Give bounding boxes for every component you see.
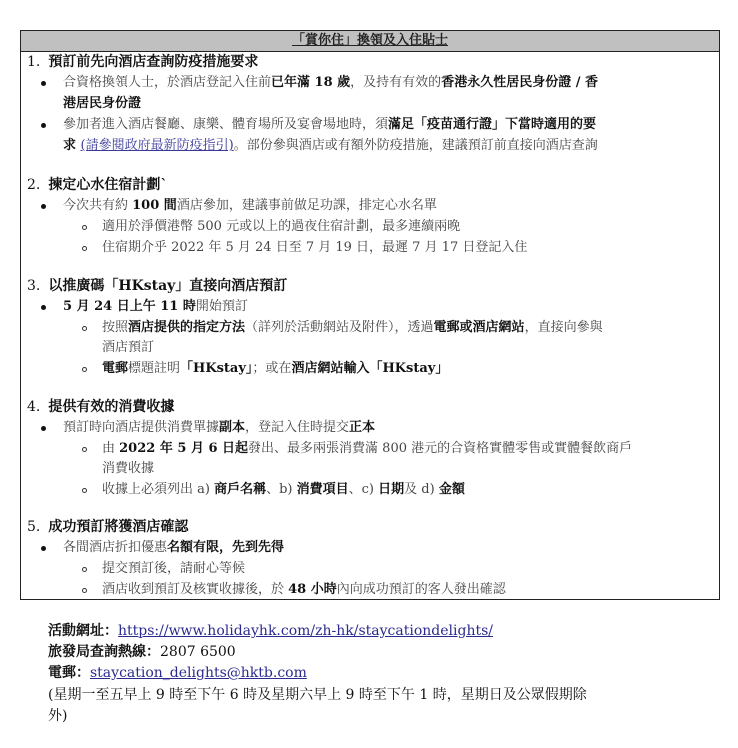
bullet-icon bbox=[41, 305, 46, 310]
footer-hours-line-2: 外) bbox=[48, 706, 67, 727]
sub-bullet-icon bbox=[82, 588, 87, 593]
section-2-item-1: 今次共有約 100 間酒店參加，建議事前做足功課，排定心水名單 bbox=[63, 196, 437, 216]
section-5-sub-1: 提交預訂後，請耐心等候 bbox=[102, 559, 245, 579]
section-1-item-1-line-1: 合資格換領人士，於酒店登記入住前已年滿 18 歲，及持有有效的香港永久性居民身份… bbox=[63, 73, 598, 93]
sub-bullet-icon bbox=[82, 246, 87, 251]
sub-bullet-icon bbox=[82, 225, 87, 230]
section-3-sub-1-line-2: 酒店預訂 bbox=[102, 338, 154, 358]
section-1-title: 1.預訂前先向酒店查詢防疫措施要求 bbox=[27, 52, 258, 72]
sub-bullet-icon bbox=[82, 367, 87, 372]
tips-box: 「賞你住」換領及入住貼士 1.預訂前先向酒店查詢防疫措施要求 合資格換領人士，於… bbox=[20, 30, 720, 600]
section-1-item-2-line-1: 參加者進入酒店餐廳、康樂、體育場所及宴會場地時，須滿足「疫苗通行證」下當時適用的… bbox=[63, 115, 596, 135]
sub-bullet-icon bbox=[82, 326, 87, 331]
bullet-icon bbox=[41, 204, 46, 209]
section-4-sub-1-line-2: 消費收據 bbox=[102, 459, 154, 479]
section-4-sub-1-line-1: 由 2022 年 5 月 6 日起發出、最多兩張消費滿 800 港元的合資格實體… bbox=[102, 439, 632, 459]
hotline-number: 2807 6500 bbox=[160, 644, 236, 660]
gov-guidelines-link[interactable]: (請參閱政府最新防疫指引) bbox=[81, 138, 234, 153]
section-1-item-1-line-2: 港居民身份證 bbox=[63, 94, 141, 114]
section-2-title: 2.揀定心水住宿計劃` bbox=[27, 175, 167, 195]
bullet-icon bbox=[41, 546, 46, 551]
section-3-title: 3.以推廣碼「HKstay」直接向酒店預訂 bbox=[27, 276, 287, 296]
email-link[interactable]: staycation_delights@hktb.com bbox=[90, 665, 307, 681]
section-2-sub-1: 適用於淨價港幣 500 元或以上的過夜住宿計劃，最多連續兩晚 bbox=[102, 217, 460, 237]
section-4-title: 4.提供有效的消費收據 bbox=[27, 397, 174, 417]
section-5-sub-2: 酒店收到預訂及核實收據後，於 48 小時內向成功預訂的客人發出確認 bbox=[102, 580, 506, 600]
section-4-item-1: 預訂時向酒店提供消費單據副本，登記入住時提交正本 bbox=[63, 418, 375, 438]
section-4-sub-2: 收據上必須列出 a) 商戶名稱、b) 消費項目、c) 日期及 d) 金額 bbox=[102, 480, 465, 500]
footer-hours-line-1: (星期一至五早上 9 時至下午 6 時及星期六早上 9 時至下午 1 時，星期日… bbox=[48, 685, 587, 706]
sub-bullet-icon bbox=[82, 447, 87, 452]
bullet-icon bbox=[41, 81, 46, 86]
box-title: 「賞你住」換領及入住貼士 bbox=[292, 33, 448, 48]
section-3-sub-1-line-1: 按照酒店提供的指定方法（詳列於活動網站及附件），透過電郵或酒店網站，直接向參與 bbox=[102, 318, 603, 338]
section-2-sub-2: 住宿期介乎 2022 年 5 月 24 日至 7 月 19 日，最遲 7 月 1… bbox=[102, 238, 527, 258]
section-3-sub-2: 電郵標題註明「HKstay」；或在酒店網站輸入「HKstay」 bbox=[102, 359, 448, 379]
box-header: 「賞你住」換領及入住貼士 bbox=[21, 31, 719, 52]
bullet-icon bbox=[41, 123, 46, 128]
bullet-icon bbox=[41, 426, 46, 431]
section-5-item-1: 各間酒店折扣優惠名額有限，先到先得 bbox=[63, 538, 284, 558]
section-3-item-1: 5 月 24 日上午 11 時開始預訂 bbox=[63, 297, 248, 317]
section-1-item-2-line-2: 求 (請參閱政府最新防疫指引)。部份參與酒店或有額外防疫措施，建議預訂前直接向酒… bbox=[63, 136, 598, 156]
section-5-title: 5.成功預訂將獲酒店確認 bbox=[27, 517, 188, 537]
footer-email: 電郵：staycation_delights@hktb.com bbox=[48, 663, 307, 684]
website-link[interactable]: https://www.holidayhk.com/zh-hk/staycati… bbox=[118, 623, 493, 639]
sub-bullet-icon bbox=[82, 488, 87, 493]
footer-hotline: 旅發局查詢熱線：2807 6500 bbox=[48, 642, 236, 663]
footer-website: 活動網址：https://www.holidayhk.com/zh-hk/sta… bbox=[48, 621, 493, 642]
sub-bullet-icon bbox=[82, 567, 87, 572]
